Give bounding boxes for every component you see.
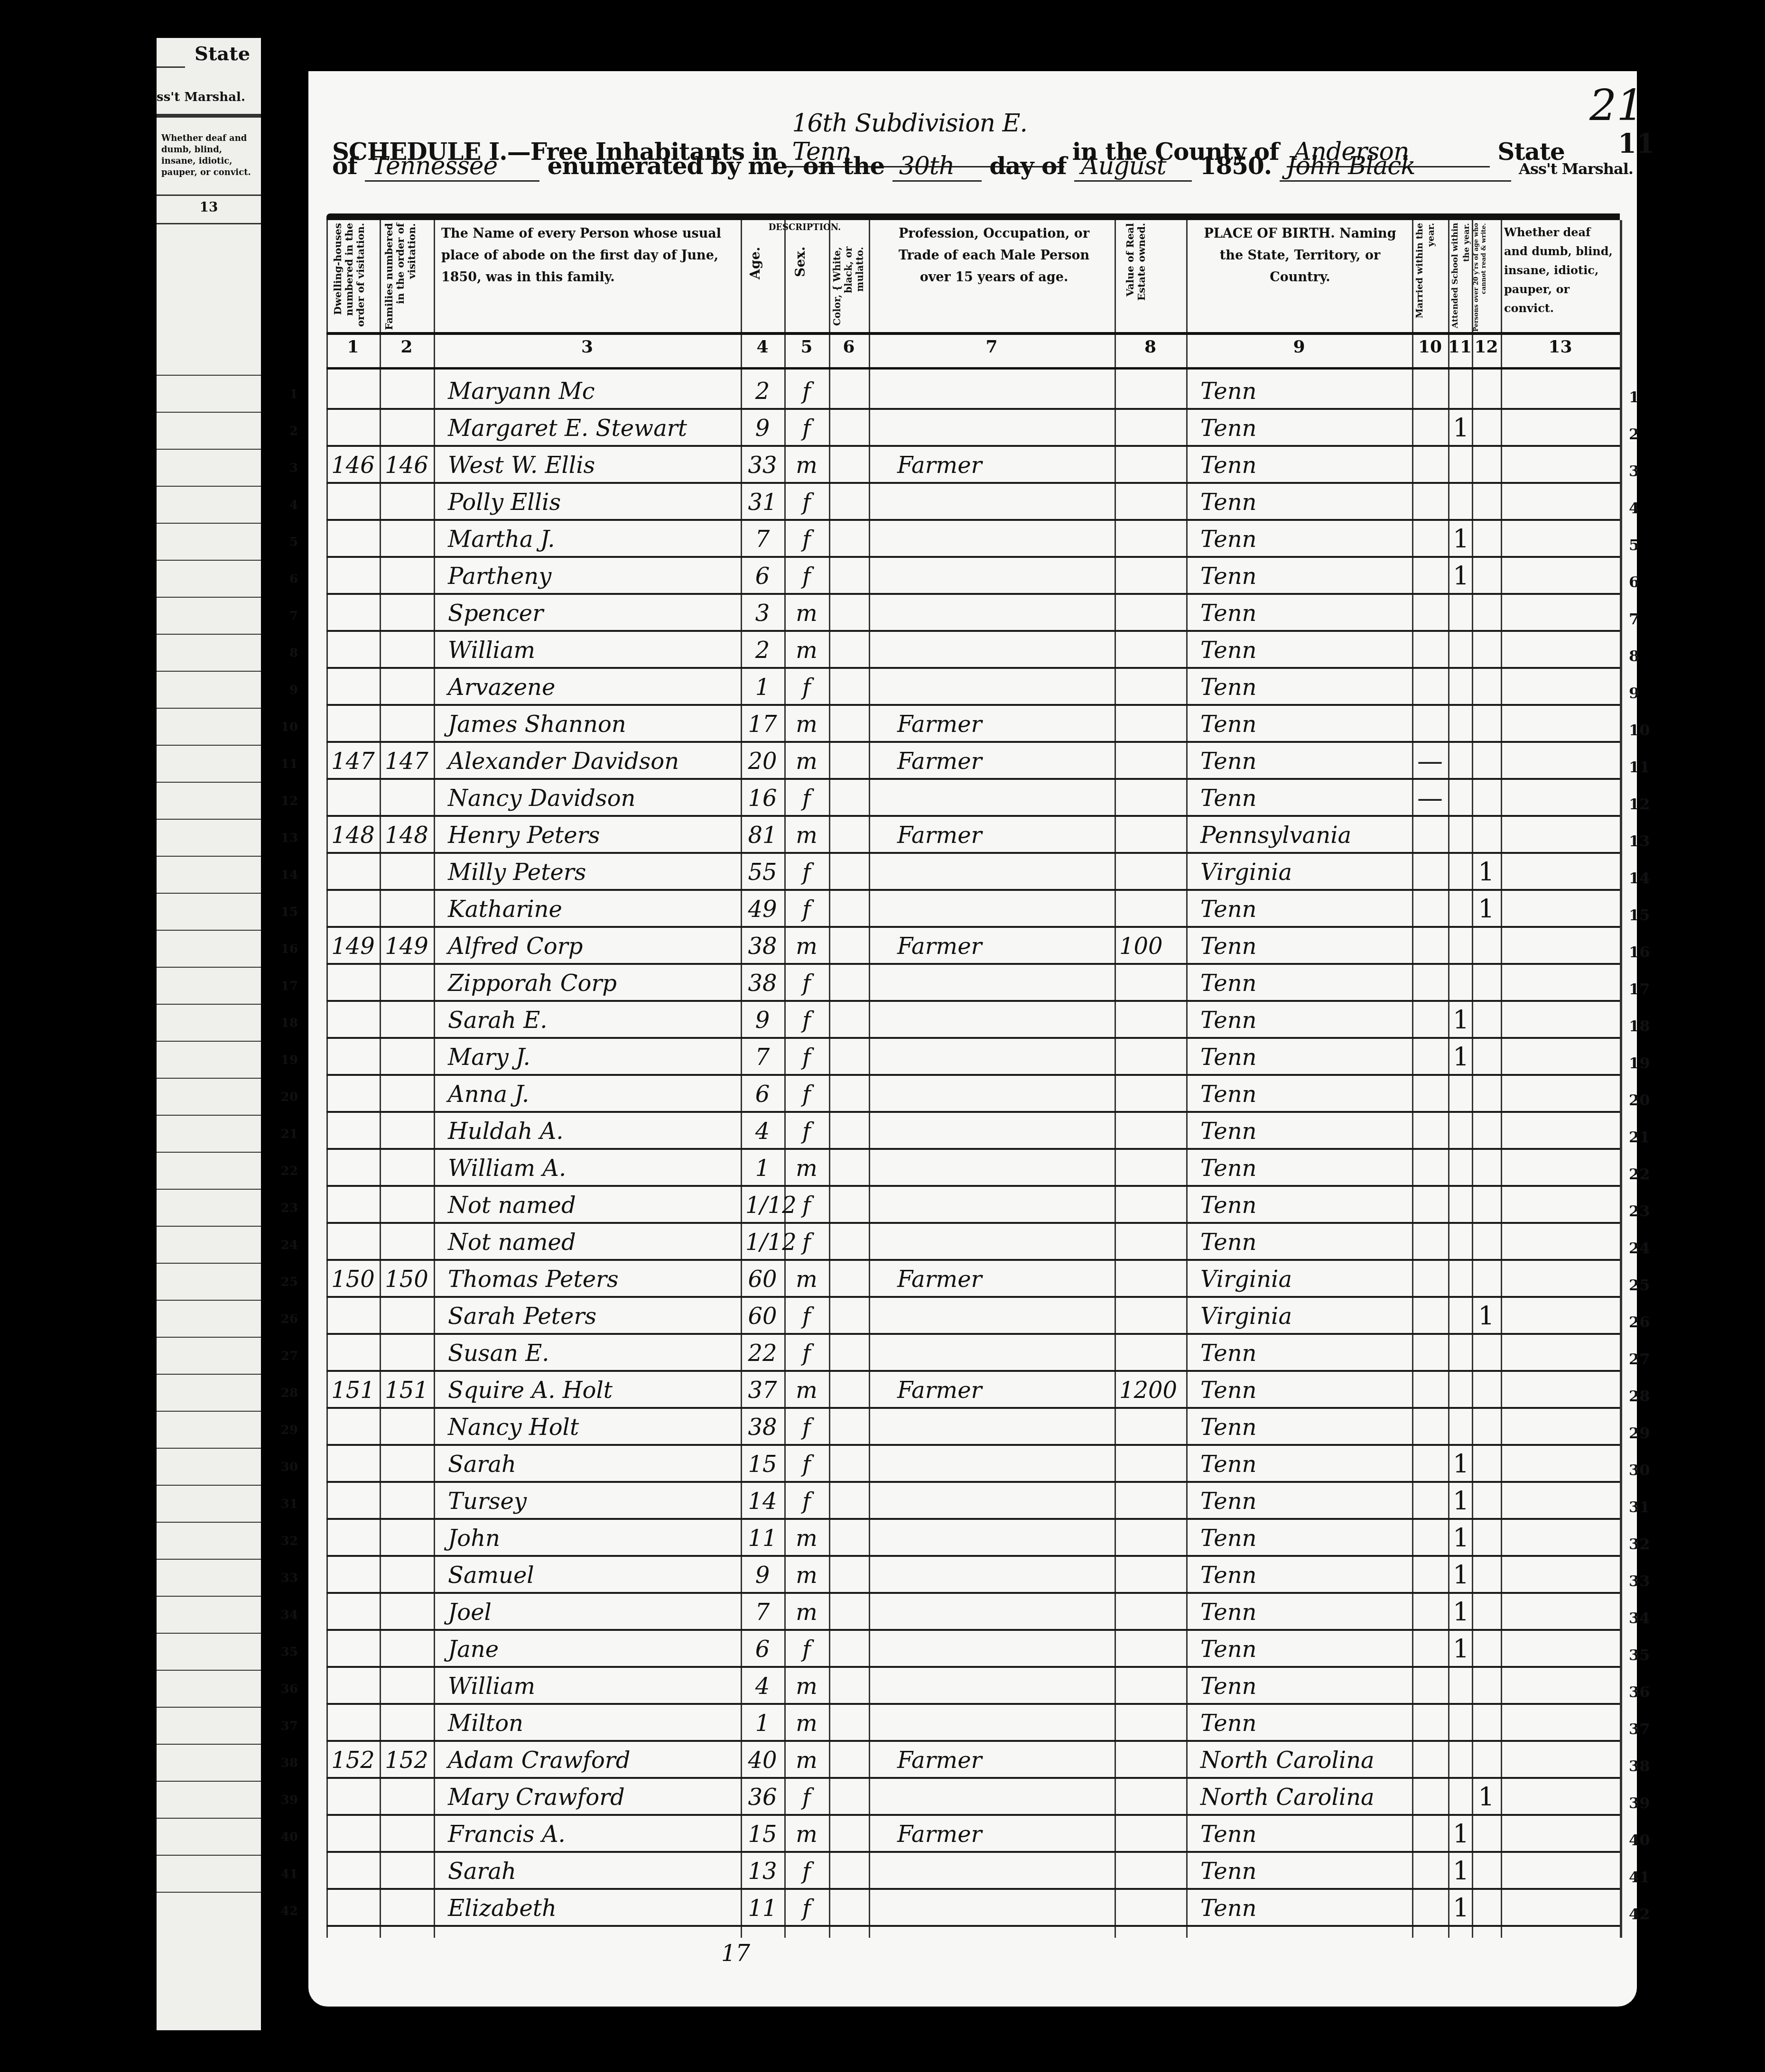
cannot-read-write bbox=[1477, 1004, 1496, 1037]
attended-school bbox=[1453, 930, 1467, 963]
table-row: 20Anna J.6fTenn20 bbox=[326, 1074, 1620, 1113]
table-row: 29Nancy Holt38fTenn29 bbox=[326, 1407, 1620, 1446]
cannot-read-write bbox=[1477, 1078, 1496, 1111]
cannot-read-write bbox=[1477, 1041, 1496, 1074]
cannot-read-write bbox=[1477, 745, 1496, 778]
dwelling-number: 152 bbox=[331, 1744, 375, 1777]
married-within-year bbox=[1417, 1300, 1443, 1333]
attended-school bbox=[1453, 486, 1467, 519]
age: 4 bbox=[745, 1115, 780, 1148]
person-name: Katharine bbox=[448, 893, 562, 926]
birthplace: Tenn bbox=[1200, 1522, 1257, 1555]
age: 1 bbox=[745, 1707, 780, 1740]
attended-school: 1 bbox=[1453, 1522, 1467, 1555]
real-estate-value: 100 bbox=[1119, 930, 1163, 963]
cannot-read-write bbox=[1477, 1448, 1496, 1481]
sex: f bbox=[789, 560, 824, 593]
line-number-left: 18 bbox=[279, 1007, 298, 1040]
age: 9 bbox=[745, 1004, 780, 1037]
sex: m bbox=[789, 1707, 824, 1740]
sex: f bbox=[789, 967, 824, 1000]
married-within-year bbox=[1417, 597, 1443, 630]
cannot-read-write bbox=[1477, 634, 1496, 667]
column-number: 5 bbox=[784, 337, 829, 357]
cannot-read-write bbox=[1477, 819, 1496, 852]
married-within-year bbox=[1417, 634, 1443, 667]
family-number bbox=[384, 1707, 429, 1740]
table-row: 37Milton1mTenn37 bbox=[326, 1703, 1620, 1742]
dwelling-number bbox=[331, 1892, 375, 1925]
cannot-read-write bbox=[1477, 1152, 1496, 1185]
person-name: West W. Ellis bbox=[448, 449, 595, 482]
day-field: 30th bbox=[892, 152, 982, 182]
cannot-read-write bbox=[1477, 1633, 1496, 1666]
attended-school: 1 bbox=[1453, 523, 1467, 556]
line-number-right: 20 bbox=[1629, 1083, 1657, 1117]
family-number bbox=[384, 1004, 429, 1037]
line-number-right: 25 bbox=[1629, 1268, 1657, 1302]
line-number-right: 1 bbox=[1629, 380, 1657, 414]
table-row: 4Polly Ellis31fTenn4 bbox=[326, 482, 1620, 521]
table-row: 26Sarah Peters60fVirginia126 bbox=[326, 1296, 1620, 1335]
family-number bbox=[384, 597, 429, 630]
column-number: 1 bbox=[326, 337, 380, 357]
line-number-right: 18 bbox=[1629, 1009, 1657, 1043]
sex: m bbox=[789, 819, 824, 852]
column-number: 11 bbox=[1448, 337, 1472, 357]
column-number: 4 bbox=[741, 337, 784, 357]
day-of-label: day of bbox=[989, 152, 1067, 180]
line-number-right: 4 bbox=[1629, 491, 1657, 525]
age: 6 bbox=[745, 1078, 780, 1111]
sex: m bbox=[789, 597, 824, 630]
birthplace: Tenn bbox=[1200, 1596, 1257, 1629]
age: 40 bbox=[745, 1744, 780, 1777]
line-number-left: 20 bbox=[279, 1081, 298, 1114]
sex: f bbox=[789, 1781, 824, 1814]
column-number: 2 bbox=[380, 337, 434, 357]
birthplace: Tenn bbox=[1200, 708, 1257, 741]
dwelling-number bbox=[331, 1152, 375, 1185]
line-number-right: 8 bbox=[1629, 639, 1657, 673]
person-name: Huldah A. bbox=[448, 1115, 564, 1148]
line-number-left: 4 bbox=[279, 489, 298, 522]
sex: f bbox=[789, 1004, 824, 1037]
line-number-right: 9 bbox=[1629, 676, 1657, 710]
person-name: Joel bbox=[448, 1596, 492, 1629]
family-number bbox=[384, 967, 429, 1000]
dwelling-number: 151 bbox=[331, 1374, 375, 1407]
column-number: 8 bbox=[1115, 337, 1186, 357]
age: 60 bbox=[745, 1263, 780, 1296]
age: 16 bbox=[745, 782, 780, 815]
dwelling-number: 150 bbox=[331, 1263, 375, 1296]
married-within-year bbox=[1417, 1670, 1443, 1703]
sex: f bbox=[789, 1226, 824, 1259]
person-name: Nancy Holt bbox=[448, 1411, 579, 1444]
line-number-left: 34 bbox=[279, 1599, 298, 1632]
married-within-year bbox=[1417, 1078, 1443, 1111]
person-name: Maryann Mc bbox=[448, 375, 595, 408]
line-number-left: 7 bbox=[279, 600, 298, 633]
attended-school bbox=[1453, 1226, 1467, 1259]
family-number bbox=[384, 893, 429, 926]
col-header-married: Married within the year. bbox=[1414, 223, 1446, 332]
cannot-read-write bbox=[1477, 523, 1496, 556]
cannot-read-write bbox=[1477, 1818, 1496, 1851]
birthplace: Tenn bbox=[1200, 1892, 1257, 1925]
dwelling-number bbox=[331, 486, 375, 519]
birthplace: Tenn bbox=[1200, 1078, 1257, 1111]
married-within-year bbox=[1417, 1633, 1443, 1666]
attended-school bbox=[1453, 634, 1467, 667]
occupation: Farmer bbox=[897, 930, 982, 963]
line-number-left: 31 bbox=[279, 1488, 298, 1521]
line-number-right: 10 bbox=[1629, 713, 1657, 747]
cannot-read-write bbox=[1477, 1707, 1496, 1740]
table-row: 18Sarah E.9fTenn118 bbox=[326, 1000, 1620, 1039]
sex: m bbox=[789, 1559, 824, 1592]
col-header-school: Attended School within the year. bbox=[1449, 223, 1470, 332]
dwelling-number bbox=[331, 782, 375, 815]
line-number-left: 42 bbox=[279, 1895, 298, 1928]
dwelling-number: 147 bbox=[331, 745, 375, 778]
column-number: 13 bbox=[1501, 337, 1620, 357]
married-within-year bbox=[1417, 1152, 1443, 1185]
line-number-left: 25 bbox=[279, 1266, 298, 1299]
sex: m bbox=[789, 1744, 824, 1777]
married-within-year bbox=[1417, 486, 1443, 519]
table-row: 22William A.1mTenn22 bbox=[326, 1148, 1620, 1187]
sex: m bbox=[789, 1670, 824, 1703]
dwelling-number bbox=[331, 671, 375, 704]
attended-school: 1 bbox=[1453, 1485, 1467, 1518]
birthplace: Tenn bbox=[1200, 1411, 1257, 1444]
occupation: Farmer bbox=[897, 1744, 982, 1777]
cannot-read-write bbox=[1477, 449, 1496, 482]
table-row: 39Mary Crawford36fNorth Carolina139 bbox=[326, 1777, 1620, 1816]
table-row: 7Spencer3mTenn7 bbox=[326, 593, 1620, 632]
col-header-dwelling: Dwelling-houses numbered in the order of… bbox=[332, 223, 375, 332]
age: 11 bbox=[745, 1892, 780, 1925]
person-name: Jane bbox=[448, 1633, 499, 1666]
birthplace: Tenn bbox=[1200, 634, 1257, 667]
sex: f bbox=[789, 1041, 824, 1074]
line-number-right: 35 bbox=[1629, 1638, 1657, 1672]
age: 2 bbox=[745, 375, 780, 408]
line-number-right: 3 bbox=[1629, 454, 1657, 488]
person-name: Spencer bbox=[448, 597, 543, 630]
family-number bbox=[384, 1781, 429, 1814]
line-number-left: 14 bbox=[279, 859, 298, 892]
attended-school bbox=[1453, 1263, 1467, 1296]
line-number-left: 1 bbox=[279, 378, 298, 411]
birthplace: Tenn bbox=[1200, 1226, 1257, 1259]
cannot-read-write: 1 bbox=[1477, 893, 1496, 926]
line-number-left: 36 bbox=[279, 1673, 298, 1706]
cannot-read-write bbox=[1477, 782, 1496, 815]
age: 9 bbox=[745, 412, 780, 445]
attended-school bbox=[1453, 1115, 1467, 1148]
birthplace: Tenn bbox=[1200, 1855, 1257, 1888]
sex: m bbox=[789, 1152, 824, 1185]
table-row: 25150150Thomas Peters60mFarmerVirginia25 bbox=[326, 1259, 1620, 1298]
birthplace: North Carolina bbox=[1200, 1744, 1375, 1777]
occupation: Farmer bbox=[897, 1374, 982, 1407]
birthplace: Pennsylvania bbox=[1200, 819, 1351, 852]
line-number-left: 38 bbox=[279, 1747, 298, 1780]
state-field: Tennessee bbox=[365, 152, 539, 182]
birthplace: Tenn bbox=[1200, 671, 1257, 704]
dwelling-number bbox=[331, 1855, 375, 1888]
line-number-left: 32 bbox=[279, 1525, 298, 1558]
line-number-left: 10 bbox=[279, 711, 298, 744]
birthplace: Tenn bbox=[1200, 782, 1257, 815]
family-number bbox=[384, 1448, 429, 1481]
col-header-real-estate: Value of Real Estate owned. bbox=[1124, 223, 1172, 332]
line-number-right: 22 bbox=[1629, 1157, 1657, 1191]
cannot-read-write bbox=[1477, 1559, 1496, 1592]
cannot-read-write: 1 bbox=[1477, 1781, 1496, 1814]
person-name: Sarah bbox=[448, 1855, 516, 1888]
column-number: 12 bbox=[1472, 337, 1501, 357]
family-number bbox=[384, 1300, 429, 1333]
married-within-year bbox=[1417, 1041, 1443, 1074]
married-within-year bbox=[1417, 671, 1443, 704]
line-number-left: 16 bbox=[279, 933, 298, 966]
column-number: 10 bbox=[1412, 337, 1448, 357]
of-label: of bbox=[332, 152, 357, 180]
stub-marshal-label: ss't Marshal. bbox=[157, 90, 245, 104]
person-name: Martha J. bbox=[448, 523, 555, 556]
age: 31 bbox=[745, 486, 780, 519]
married-within-year bbox=[1417, 1374, 1443, 1407]
attended-school: 1 bbox=[1453, 1855, 1467, 1888]
table-row: 9Arvazene1fTenn9 bbox=[326, 667, 1620, 706]
family-number bbox=[384, 708, 429, 741]
sex: f bbox=[789, 671, 824, 704]
line-number-left: 27 bbox=[279, 1340, 298, 1373]
family-number bbox=[384, 523, 429, 556]
line-number-left: 28 bbox=[279, 1377, 298, 1410]
line-number-right: 11 bbox=[1629, 750, 1657, 784]
table-row: 33Samuel9mTenn133 bbox=[326, 1555, 1620, 1594]
sex: f bbox=[789, 412, 824, 445]
age: 7 bbox=[745, 523, 780, 556]
attended-school bbox=[1453, 893, 1467, 926]
line-number-right: 39 bbox=[1629, 1786, 1657, 1820]
family-number bbox=[384, 1337, 429, 1370]
person-name: Anna J. bbox=[448, 1078, 529, 1111]
cannot-read-write bbox=[1477, 671, 1496, 704]
column-numbers-top-rule bbox=[326, 332, 1620, 335]
table-row: 21Huldah A.4fTenn21 bbox=[326, 1111, 1620, 1150]
person-name: Not named bbox=[448, 1189, 576, 1222]
person-name: Sarah bbox=[448, 1448, 516, 1481]
age: 9 bbox=[745, 1559, 780, 1592]
dwelling-number bbox=[331, 1670, 375, 1703]
married-within-year bbox=[1417, 1115, 1443, 1148]
line-number-right: 37 bbox=[1629, 1712, 1657, 1746]
cannot-read-write bbox=[1477, 708, 1496, 741]
age: 20 bbox=[745, 745, 780, 778]
attended-school: 1 bbox=[1453, 412, 1467, 445]
birthplace: Tenn bbox=[1200, 1559, 1257, 1592]
dwelling-number bbox=[331, 1115, 375, 1148]
family-number bbox=[384, 375, 429, 408]
table-row: 5Martha J.7fTenn15 bbox=[326, 519, 1620, 558]
line-number-left: 39 bbox=[279, 1784, 298, 1817]
birthplace: Tenn bbox=[1200, 967, 1257, 1000]
table-row: 13148148Henry Peters81mFarmerPennsylvani… bbox=[326, 815, 1620, 854]
person-name: Henry Peters bbox=[448, 819, 600, 852]
person-name: Sarah E. bbox=[448, 1004, 548, 1037]
line-number-right: 29 bbox=[1629, 1416, 1657, 1450]
table-row: 12Nancy Davidson16fTenn—12 bbox=[326, 778, 1620, 817]
attended-school bbox=[1453, 1374, 1467, 1407]
line-number-left: 29 bbox=[279, 1414, 298, 1447]
sex: m bbox=[789, 1263, 824, 1296]
family-number bbox=[384, 1189, 429, 1222]
line-number-right: 16 bbox=[1629, 935, 1657, 969]
cannot-read-write bbox=[1477, 1485, 1496, 1518]
attended-school bbox=[1453, 856, 1467, 889]
line-number-right: 23 bbox=[1629, 1194, 1657, 1228]
occupation: Farmer bbox=[897, 745, 982, 778]
family-number bbox=[384, 1078, 429, 1111]
line-number-right: 21 bbox=[1629, 1120, 1657, 1154]
attended-school: 1 bbox=[1453, 1559, 1467, 1592]
attended-school bbox=[1453, 1300, 1467, 1333]
line-number-right: 15 bbox=[1629, 898, 1657, 932]
birthplace: Tenn bbox=[1200, 1374, 1257, 1407]
age: 2 bbox=[745, 634, 780, 667]
line-number-right: 2 bbox=[1629, 417, 1657, 451]
line-number-left: 8 bbox=[279, 637, 298, 670]
dwelling-number bbox=[331, 1559, 375, 1592]
age: 1 bbox=[745, 1152, 780, 1185]
line-number-left: 3 bbox=[279, 452, 298, 485]
table-row: 19Mary J.7fTenn119 bbox=[326, 1037, 1620, 1076]
line-number-left: 19 bbox=[279, 1044, 298, 1077]
married-within-year bbox=[1417, 449, 1443, 482]
sex: f bbox=[789, 523, 824, 556]
birthplace: Tenn bbox=[1200, 597, 1257, 630]
married-within-year bbox=[1417, 1522, 1443, 1555]
line-number-left: 22 bbox=[279, 1155, 298, 1188]
dwelling-number bbox=[331, 597, 375, 630]
dwelling-number bbox=[331, 967, 375, 1000]
line-number-left: 37 bbox=[279, 1710, 298, 1743]
cannot-read-write bbox=[1477, 1744, 1496, 1777]
attended-school bbox=[1453, 1707, 1467, 1740]
age: 17 bbox=[745, 708, 780, 741]
age: 38 bbox=[745, 1411, 780, 1444]
attended-school bbox=[1453, 1670, 1467, 1703]
table-row: 36William4mTenn36 bbox=[326, 1666, 1620, 1705]
sex: m bbox=[789, 745, 824, 778]
person-name: Partheny bbox=[448, 560, 551, 593]
line-number-left: 21 bbox=[279, 1118, 298, 1151]
sex: f bbox=[789, 375, 824, 408]
family-number bbox=[384, 1041, 429, 1074]
birthplace: Tenn bbox=[1200, 1115, 1257, 1148]
age: 36 bbox=[745, 1781, 780, 1814]
table-row: 24Not named1/12fTenn24 bbox=[326, 1222, 1620, 1261]
family-number bbox=[384, 1152, 429, 1185]
family-number bbox=[384, 560, 429, 593]
person-name: Susan E. bbox=[448, 1337, 549, 1370]
cannot-read-write bbox=[1477, 375, 1496, 408]
sex: m bbox=[789, 1374, 824, 1407]
line-number-right: 28 bbox=[1629, 1379, 1657, 1413]
family-number bbox=[384, 412, 429, 445]
cannot-read-write bbox=[1477, 1411, 1496, 1444]
col-header-color: Color, { White, black, or mulatto. bbox=[831, 247, 867, 332]
attended-school bbox=[1453, 819, 1467, 852]
sex: m bbox=[789, 708, 824, 741]
column-numbers-bottom-rule bbox=[326, 367, 1620, 370]
birthplace: Tenn bbox=[1200, 1485, 1257, 1518]
family-number: 147 bbox=[384, 745, 429, 778]
birthplace: Tenn bbox=[1200, 745, 1257, 778]
age: 60 bbox=[745, 1300, 780, 1333]
sex: f bbox=[789, 1485, 824, 1518]
family-number: 151 bbox=[384, 1374, 429, 1407]
occupation: Farmer bbox=[897, 1263, 982, 1296]
line-number-right: 26 bbox=[1629, 1305, 1657, 1339]
age: 1/12 bbox=[745, 1189, 780, 1222]
sex: f bbox=[789, 782, 824, 815]
married-within-year bbox=[1417, 1855, 1443, 1888]
schedule-title-line-2: of Tennessee enumerated by me, on the 30… bbox=[332, 152, 1633, 182]
birthplace: Tenn bbox=[1200, 1337, 1257, 1370]
birthplace: Tenn bbox=[1200, 449, 1257, 482]
age: 11 bbox=[745, 1522, 780, 1555]
attended-school bbox=[1453, 745, 1467, 778]
col-header-age: Age. bbox=[750, 247, 778, 332]
person-name: Francis A. bbox=[448, 1818, 566, 1851]
age: 7 bbox=[745, 1596, 780, 1629]
dwelling-number bbox=[331, 1004, 375, 1037]
birthplace: North Carolina bbox=[1200, 1781, 1375, 1814]
married-within-year bbox=[1417, 375, 1443, 408]
attended-school bbox=[1453, 597, 1467, 630]
attended-school: 1 bbox=[1453, 1818, 1467, 1851]
line-number-right: 5 bbox=[1629, 528, 1657, 562]
cannot-read-write bbox=[1477, 1670, 1496, 1703]
married-within-year bbox=[1417, 819, 1443, 852]
column-divider bbox=[1620, 220, 1622, 1938]
family-number: 149 bbox=[384, 930, 429, 963]
attended-school bbox=[1453, 671, 1467, 704]
family-number bbox=[384, 1855, 429, 1888]
line-number-right: 19 bbox=[1629, 1046, 1657, 1080]
line-number-left: 30 bbox=[279, 1451, 298, 1484]
attended-school: 1 bbox=[1453, 1041, 1467, 1074]
col-header-illiterate: Persons over 20 y'rs of age who cannot r… bbox=[1473, 223, 1499, 332]
sex: f bbox=[789, 1078, 824, 1111]
married-within-year bbox=[1417, 1596, 1443, 1629]
family-number bbox=[384, 1226, 429, 1259]
sex: f bbox=[789, 1189, 824, 1222]
married-within-year bbox=[1417, 708, 1443, 741]
cannot-read-write bbox=[1477, 486, 1496, 519]
family-number: 146 bbox=[384, 449, 429, 482]
line-number-left: 17 bbox=[279, 970, 298, 1003]
birthplace: Virginia bbox=[1200, 1300, 1292, 1333]
enumerated-label: enumerated by me, on the bbox=[548, 152, 885, 180]
